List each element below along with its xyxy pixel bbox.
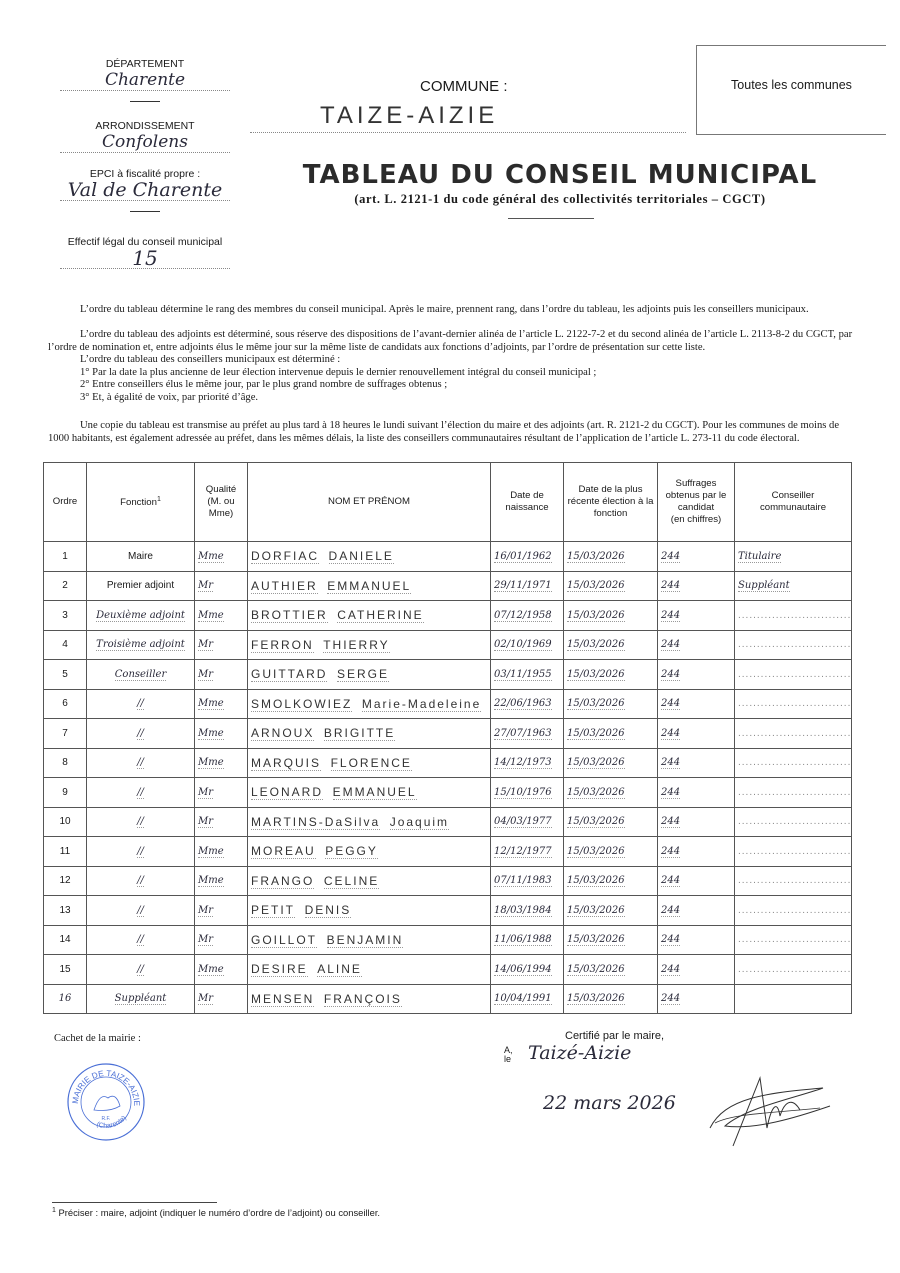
cell-suffrages: 244 (658, 984, 735, 1014)
cell-communautaire: .............................. (735, 955, 852, 985)
cell-qualite-value: Mme (198, 551, 224, 563)
cell-naissance: 04/03/1977 (491, 807, 564, 837)
cell-qualite: Mr (195, 807, 248, 837)
cell-suffrages-value: 244 (661, 964, 680, 976)
cell-naissance-value: 16/01/1962 (494, 551, 552, 563)
cell-suffrages: 244 (658, 866, 735, 896)
cell-election: 15/03/2026 (564, 955, 658, 985)
cell-naissance-value: 11/06/1988 (494, 934, 552, 946)
cell-election-value: 15/03/2026 (567, 728, 625, 740)
table-row: 13//MrPETIT DENIS18/03/198415/03/2026244… (44, 896, 852, 926)
cell-fonction-value: Deuxième adjoint (96, 610, 185, 622)
cell-election: 15/03/2026 (564, 748, 658, 778)
cell-election-value: 15/03/2026 (567, 551, 625, 563)
arrondissement-block: ARRONDISSEMENT Confolens (60, 120, 230, 153)
table-row: 4Troisième adjointMrFERRON THIERRY02/10/… (44, 630, 852, 660)
cell-suffrages-value: 244 (661, 934, 680, 946)
cell-communautaire: Titulaire (735, 542, 852, 572)
cell-nom: GUITTARD (251, 667, 327, 682)
cell-naissance: 22/06/1963 (491, 689, 564, 719)
cell-suffrages: 244 (658, 925, 735, 955)
effectif-value: 15 (60, 248, 230, 269)
table-row: 12//MmeFRANGO CELINE07/11/198315/03/2026… (44, 866, 852, 896)
header-qualite-label: Qualité (206, 484, 236, 495)
cell-naissance-value: 07/11/1983 (494, 875, 552, 887)
cell-qualite: Mr (195, 571, 248, 601)
cell-election: 15/03/2026 (564, 896, 658, 926)
cell-qualite-value: Mme (198, 698, 224, 710)
cell-qualite-value: Mme (198, 728, 224, 740)
cell-nom: MENSEN (251, 992, 314, 1007)
cell-election: 15/03/2026 (564, 925, 658, 955)
cell-qualite: Mr (195, 984, 248, 1014)
paragraph-transmission: Une copie du tableau est transmise au pr… (48, 420, 853, 445)
cell-qualite-value: Mr (198, 787, 213, 799)
svg-text:(Charente): (Charente) (95, 1115, 128, 1130)
cell-qualite-value: Mr (198, 816, 213, 828)
cell-election: 15/03/2026 (564, 601, 658, 631)
table-row: 3Deuxième adjointMmeBROTTIER CATHERINE07… (44, 601, 852, 631)
cell-naissance-value: 10/04/1991 (494, 993, 552, 1005)
cell-election-value: 15/03/2026 (567, 934, 625, 946)
cell-naissance-value: 07/12/1958 (494, 610, 552, 622)
cell-qualite: Mr (195, 778, 248, 808)
cell-ordre: 3 (44, 601, 87, 631)
paragraph-rang: L’ordre du tableau détermine le rang des… (48, 304, 853, 317)
footnote-divider (52, 1202, 217, 1203)
cell-election-value: 15/03/2026 (567, 757, 625, 769)
cell-communautaire: .............................. (735, 837, 852, 867)
cell-fonction: // (87, 837, 195, 867)
cell-nom-prenom: FRANGO CELINE (248, 866, 491, 896)
cell-communautaire: .............................. (735, 630, 852, 660)
cell-nom: SMOLKOWIEZ (251, 697, 352, 712)
cell-prenom: PEGGY (325, 844, 378, 859)
cell-nom: GOILLOT (251, 933, 317, 948)
page-title: TABLEAU DU CONSEIL MUNICIPAL (250, 160, 870, 190)
cell-nom: MOREAU (251, 844, 316, 859)
cell-naissance: 03/11/1955 (491, 660, 564, 690)
cell-qualite-value: Mme (198, 757, 224, 769)
cell-naissance-value: 27/07/1963 (494, 728, 552, 740)
cell-fonction: // (87, 807, 195, 837)
cell-election: 15/03/2026 (564, 719, 658, 749)
header-naissance: Date de naissance (491, 463, 564, 542)
footnote-text: Préciser : maire, adjoint (indiquer le n… (59, 1207, 381, 1218)
cell-fonction: Conseiller (87, 660, 195, 690)
table-row: 1MaireMmeDORFIAC DANIELE16/01/196215/03/… (44, 542, 852, 572)
cell-fonction: // (87, 778, 195, 808)
cell-suffrages: 244 (658, 571, 735, 601)
mairie-stamp-icon: MAIRIE DE TAIZE-AIZIE (Charente) R.F. (66, 1062, 146, 1142)
cell-ordre: 5 (44, 660, 87, 690)
table-row: 9//MrLEONARD EMMANUEL15/10/197615/03/202… (44, 778, 852, 808)
cell-fonction-value: // (137, 846, 144, 858)
cell-qualite: Mme (195, 955, 248, 985)
cell-qualite: Mme (195, 689, 248, 719)
cell-nom-prenom: GUITTARD SERGE (248, 660, 491, 690)
cell-nom-prenom: BROTTIER CATHERINE (248, 601, 491, 631)
commune-field: TAIZE-AIZIE (250, 104, 686, 133)
cell-election-value: 15/03/2026 (567, 875, 625, 887)
cell-fonction: Premier adjoint (87, 571, 195, 601)
cell-naissance-value: 12/12/1977 (494, 846, 552, 858)
cell-suffrages: 244 (658, 542, 735, 572)
cell-ordre: 11 (44, 837, 87, 867)
cell-election-value: 15/03/2026 (567, 993, 625, 1005)
cell-election: 15/03/2026 (564, 778, 658, 808)
cell-ordre: 14 (44, 925, 87, 955)
cell-fonction: // (87, 955, 195, 985)
place-date-prefix: A,le (504, 1046, 513, 1064)
cell-fonction-value: Troisième adjoint (96, 639, 185, 651)
cell-fonction-value: // (137, 934, 144, 946)
cell-election-value: 15/03/2026 (567, 787, 625, 799)
cell-fonction: Deuxième adjoint (87, 601, 195, 631)
header-fonction: Fonction1 (87, 463, 195, 542)
cell-suffrages-value: 244 (661, 551, 680, 563)
cell-ordre: 4 (44, 630, 87, 660)
cell-naissance: 07/11/1983 (491, 866, 564, 896)
departement-value: Charente (60, 70, 230, 91)
cell-nom-prenom: AUTHIER EMMANUEL (248, 571, 491, 601)
cell-election: 15/03/2026 (564, 689, 658, 719)
cell-fonction: Maire (87, 542, 195, 572)
scope-label: Toutes les communes (697, 78, 886, 92)
cell-nom: AUTHIER (251, 579, 318, 594)
cell-prenom: DENIS (305, 903, 352, 918)
cell-naissance: 16/01/1962 (491, 542, 564, 572)
cell-naissance-value: 29/11/1971 (494, 580, 552, 592)
cell-election-value: 15/03/2026 (567, 610, 625, 622)
cell-suffrages-value: 244 (661, 787, 680, 799)
header-qualite-sub: (M. ou Mme) (207, 496, 234, 519)
epci-value: Val de Charente (60, 180, 230, 201)
cell-election: 15/03/2026 (564, 807, 658, 837)
cell-ordre: 16 (44, 984, 87, 1014)
cell-fonction: // (87, 925, 195, 955)
cell-qualite-value: Mr (198, 905, 213, 917)
cell-suffrages: 244 (658, 778, 735, 808)
cell-naissance-value: 04/03/1977 (494, 816, 552, 828)
cell-suffrages-value: 244 (661, 698, 680, 710)
cell-election-value: 15/03/2026 (567, 698, 625, 710)
cell-prenom: FLORENCE (331, 756, 412, 771)
cell-naissance-value: 15/10/1976 (494, 787, 552, 799)
cell-election: 15/03/2026 (564, 837, 658, 867)
cell-fonction-value: // (137, 875, 144, 887)
table-row: 2Premier adjointMrAUTHIER EMMANUEL29/11/… (44, 571, 852, 601)
cell-nom-prenom: SMOLKOWIEZ Marie-Madeleine (248, 689, 491, 719)
cell-nom-prenom: GOILLOT BENJAMIN (248, 925, 491, 955)
cell-prenom: CELINE (324, 874, 379, 889)
cell-ordre: 9 (44, 778, 87, 808)
page-subtitle: (art. L. 2121-1 du code général des coll… (250, 192, 870, 207)
cell-qualite: Mme (195, 748, 248, 778)
cell-naissance: 11/06/1988 (491, 925, 564, 955)
cell-ordre: 13 (44, 896, 87, 926)
table-row: 16SuppléantMrMENSEN FRANÇOIS10/04/199115… (44, 984, 852, 1014)
header-ordre: Ordre (44, 463, 87, 542)
cell-prenom: ALINE (317, 962, 362, 977)
cell-nom-prenom: FERRON THIERRY (248, 630, 491, 660)
cell-suffrages: 244 (658, 660, 735, 690)
cell-election: 15/03/2026 (564, 542, 658, 572)
cell-naissance: 07/12/1958 (491, 601, 564, 631)
cell-fonction: // (87, 689, 195, 719)
cell-fonction: Troisième adjoint (87, 630, 195, 660)
footnote-mark: 1 (52, 1207, 56, 1214)
separator (130, 211, 160, 212)
cell-suffrages: 244 (658, 896, 735, 926)
cell-suffrages-value: 244 (661, 669, 680, 681)
cell-qualite-value: Mr (198, 669, 213, 681)
effectif-block: Effectif légal du conseil municipal 15 (60, 236, 230, 269)
transmission-text: Une copie du tableau est transmise au pr… (48, 420, 853, 445)
cell-prenom: Marie-Madeleine (362, 697, 481, 712)
cell-ordre: 10 (44, 807, 87, 837)
separator (130, 101, 160, 102)
cell-nom-prenom: MOREAU PEGGY (248, 837, 491, 867)
cell-naissance-value: 02/10/1969 (494, 639, 552, 651)
cell-election-value: 15/03/2026 (567, 639, 625, 651)
cell-prenom: EMMANUEL (333, 785, 417, 800)
cell-qualite: Mme (195, 542, 248, 572)
signature-date: 22 mars 2026 (543, 1092, 676, 1114)
cell-suffrages-value: 244 (661, 816, 680, 828)
table-row: 5ConseillerMrGUITTARD SERGE03/11/195515/… (44, 660, 852, 690)
cell-ordre: 12 (44, 866, 87, 896)
cell-fonction: // (87, 719, 195, 749)
cell-fonction-value: // (137, 757, 144, 769)
cachet-label: Cachet de la mairie : (54, 1033, 141, 1044)
header-election: Date de la plus récente élection à la fo… (564, 463, 658, 542)
cell-qualite: Mr (195, 925, 248, 955)
cell-qualite: Mme (195, 719, 248, 749)
cell-fonction-value: // (137, 816, 144, 828)
cell-nom-prenom: MARQUIS FLORENCE (248, 748, 491, 778)
cell-ordre: 7 (44, 719, 87, 749)
cell-prenom: CATHERINE (337, 608, 423, 623)
cell-nom: MARTINS-DaSilva (251, 815, 380, 830)
table-header-row: Ordre Fonction1 Qualité(M. ou Mme) NOM E… (44, 463, 852, 542)
cell-election-value: 15/03/2026 (567, 580, 625, 592)
cell-suffrages-value: 244 (661, 875, 680, 887)
cell-qualite-value: Mme (198, 875, 224, 887)
cell-fonction: // (87, 896, 195, 926)
cell-nom: DESIRE (251, 962, 308, 977)
cell-nom-prenom: DORFIAC DANIELE (248, 542, 491, 572)
certification-label: Certifié par le maire, (565, 1030, 664, 1042)
cell-qualite-value: Mme (198, 846, 224, 858)
rule-3: 3° Et, à égalité de voix, par priorité d… (48, 392, 853, 405)
header-fonction-label: Fonction (120, 498, 157, 509)
epci-block: EPCI à fiscalité propre : Val de Charent… (60, 168, 230, 212)
table-row: 7//MmeARNOUX BRIGITTE27/07/196315/03/202… (44, 719, 852, 749)
header-suffrages-sub: (en chiffres) (671, 514, 721, 525)
cell-naissance: 29/11/1971 (491, 571, 564, 601)
cell-fonction-value: Conseiller (115, 669, 166, 681)
cell-nom: MARQUIS (251, 756, 321, 771)
paragraph-adjoints: L’ordre du tableau des adjoints est déte… (48, 329, 853, 354)
cell-naissance-value: 22/06/1963 (494, 698, 552, 710)
header-suffrages: Suffrages obtenus par le candidat(en chi… (658, 463, 735, 542)
cell-naissance: 15/10/1976 (491, 778, 564, 808)
rule-2: 2° Entre conseillers élus le même jour, … (48, 379, 853, 392)
cell-prenom: FRANÇOIS (324, 992, 402, 1007)
svg-text:R.F.: R.F. (102, 1116, 111, 1122)
cell-qualite-value: Mme (198, 610, 224, 622)
cell-nom: FRANGO (251, 874, 314, 889)
cell-fonction-value: // (137, 905, 144, 917)
intro-text: L’ordre du tableau détermine le rang des… (48, 304, 853, 317)
cell-prenom: Joaquim (390, 815, 449, 830)
cell-suffrages-value: 244 (661, 846, 680, 858)
cell-naissance: 27/07/1963 (491, 719, 564, 749)
cell-nom: PETIT (251, 903, 295, 918)
cell-fonction-value: // (137, 964, 144, 976)
cell-nom: BROTTIER (251, 608, 328, 623)
cell-suffrages: 244 (658, 601, 735, 631)
cell-naissance: 14/12/1973 (491, 748, 564, 778)
footnote: 1 Préciser : maire, adjoint (indiquer le… (52, 1207, 380, 1218)
cell-qualite-value: Mr (198, 934, 213, 946)
cell-qualite: Mr (195, 660, 248, 690)
cell-suffrages: 244 (658, 748, 735, 778)
cell-communautaire: Suppléant (735, 571, 852, 601)
cell-naissance-value: 18/03/1984 (494, 905, 552, 917)
cell-qualite-value: Mme (198, 964, 224, 976)
cell-nom-prenom: LEONARD EMMANUEL (248, 778, 491, 808)
header-qualite: Qualité(M. ou Mme) (195, 463, 248, 542)
cell-election: 15/03/2026 (564, 984, 658, 1014)
cell-ordre: 2 (44, 571, 87, 601)
cell-suffrages: 244 (658, 630, 735, 660)
cell-communautaire: .............................. (735, 925, 852, 955)
cell-naissance: 10/04/1991 (491, 984, 564, 1014)
cell-qualite-value: Mr (198, 639, 213, 651)
cell-suffrages: 244 (658, 955, 735, 985)
cell-nom-prenom: MARTINS-DaSilva Joaquim (248, 807, 491, 837)
cell-naissance: 14/06/1994 (491, 955, 564, 985)
cell-communautaire: .............................. (735, 748, 852, 778)
commune-label: COMMUNE : (420, 78, 508, 95)
cell-suffrages-value: 244 (661, 580, 680, 592)
cell-nom: FERRON (251, 638, 314, 653)
cell-suffrages-value: 244 (661, 905, 680, 917)
cell-prenom: SERGE (337, 667, 389, 682)
paragraph-conseillers: L’ordre du tableau des conseillers munic… (48, 354, 853, 367)
cell-naissance: 02/10/1969 (491, 630, 564, 660)
cell-prenom: BRIGITTE (324, 726, 395, 741)
cell-suffrages-value: 244 (661, 610, 680, 622)
cell-communautaire: .............................. (735, 689, 852, 719)
cell-election-value: 15/03/2026 (567, 816, 625, 828)
cell-qualite: Mme (195, 866, 248, 896)
cell-nom-prenom: MENSEN FRANÇOIS (248, 984, 491, 1014)
cell-communautaire (735, 984, 852, 1014)
cell-suffrages: 244 (658, 807, 735, 837)
cell-fonction-value: // (137, 787, 144, 799)
mayor-signature-icon (705, 1068, 835, 1148)
cell-naissance-value: 14/12/1973 (494, 757, 552, 769)
cell-suffrages-value: 244 (661, 757, 680, 769)
commune-value: TAIZE-AIZIE (320, 102, 498, 130)
cell-fonction-value: // (137, 698, 144, 710)
signature-place: Taizé-Aizie (528, 1042, 631, 1064)
cell-prenom: DANIELE (329, 549, 394, 564)
cell-qualite: Mr (195, 896, 248, 926)
cell-nom-prenom: PETIT DENIS (248, 896, 491, 926)
cell-ordre: 8 (44, 748, 87, 778)
cell-election-value: 15/03/2026 (567, 905, 625, 917)
departement-block: DÉPARTEMENT Charente (60, 58, 230, 102)
cell-suffrages: 244 (658, 689, 735, 719)
council-table: Ordre Fonction1 Qualité(M. ou Mme) NOM E… (43, 462, 852, 1014)
cell-prenom: BENJAMIN (327, 933, 404, 948)
cell-nom: ARNOUX (251, 726, 314, 741)
cell-qualite-value: Mr (198, 993, 213, 1005)
header-communautaire: Conseiller communautaire (735, 463, 852, 542)
cell-qualite-value: Mr (198, 580, 213, 592)
cell-nom-prenom: DESIRE ALINE (248, 955, 491, 985)
cell-nom: DORFIAC (251, 549, 319, 564)
table-row: 15//MmeDESIRE ALINE14/06/199415/03/20262… (44, 955, 852, 985)
cell-qualite: Mr (195, 630, 248, 660)
cell-fonction: Suppléant (87, 984, 195, 1014)
cell-naissance: 12/12/1977 (491, 837, 564, 867)
cell-election: 15/03/2026 (564, 660, 658, 690)
cell-communautaire: .............................. (735, 807, 852, 837)
cell-naissance-value: 03/11/1955 (494, 669, 552, 681)
cell-communautaire: .............................. (735, 896, 852, 926)
footnote-ref: 1 (157, 496, 161, 503)
cell-qualite: Mme (195, 837, 248, 867)
departement-label: DÉPARTEMENT (60, 58, 230, 70)
cell-election-value: 15/03/2026 (567, 964, 625, 976)
header-nom: NOM ET PRÉNOM (248, 463, 491, 542)
arrondissement-label: ARRONDISSEMENT (60, 120, 230, 132)
cell-fonction: // (87, 748, 195, 778)
cell-qualite: Mme (195, 601, 248, 631)
cell-communautaire: .............................. (735, 866, 852, 896)
title-divider (508, 218, 594, 219)
cell-nom: LEONARD (251, 785, 323, 800)
arrondissement-value: Confolens (60, 132, 230, 153)
cell-fonction: // (87, 866, 195, 896)
cell-naissance: 18/03/1984 (491, 896, 564, 926)
cell-suffrages-value: 244 (661, 639, 680, 651)
cell-prenom: THIERRY (323, 638, 389, 653)
cell-communautaire: .............................. (735, 719, 852, 749)
cell-ordre: 1 (44, 542, 87, 572)
table-row: 8//MmeMARQUIS FLORENCE14/12/197315/03/20… (44, 748, 852, 778)
cell-election: 15/03/2026 (564, 630, 658, 660)
cell-prenom: EMMANUEL (327, 579, 411, 594)
rules-text: L’ordre du tableau des adjoints est déte… (48, 329, 853, 405)
cell-communautaire-value: Titulaire (738, 551, 781, 563)
table-row: 11//MmeMOREAU PEGGY12/12/197715/03/20262… (44, 837, 852, 867)
cell-fonction-value: Suppléant (115, 993, 167, 1005)
cell-ordre: 6 (44, 689, 87, 719)
cell-naissance-value: 14/06/1994 (494, 964, 552, 976)
cell-election: 15/03/2026 (564, 571, 658, 601)
cell-ordre: 15 (44, 955, 87, 985)
cell-nom-prenom: ARNOUX BRIGITTE (248, 719, 491, 749)
cell-election-value: 15/03/2026 (567, 669, 625, 681)
cell-suffrages-value: 244 (661, 728, 680, 740)
table-row: 10//MrMARTINS-DaSilva Joaquim04/03/19771… (44, 807, 852, 837)
